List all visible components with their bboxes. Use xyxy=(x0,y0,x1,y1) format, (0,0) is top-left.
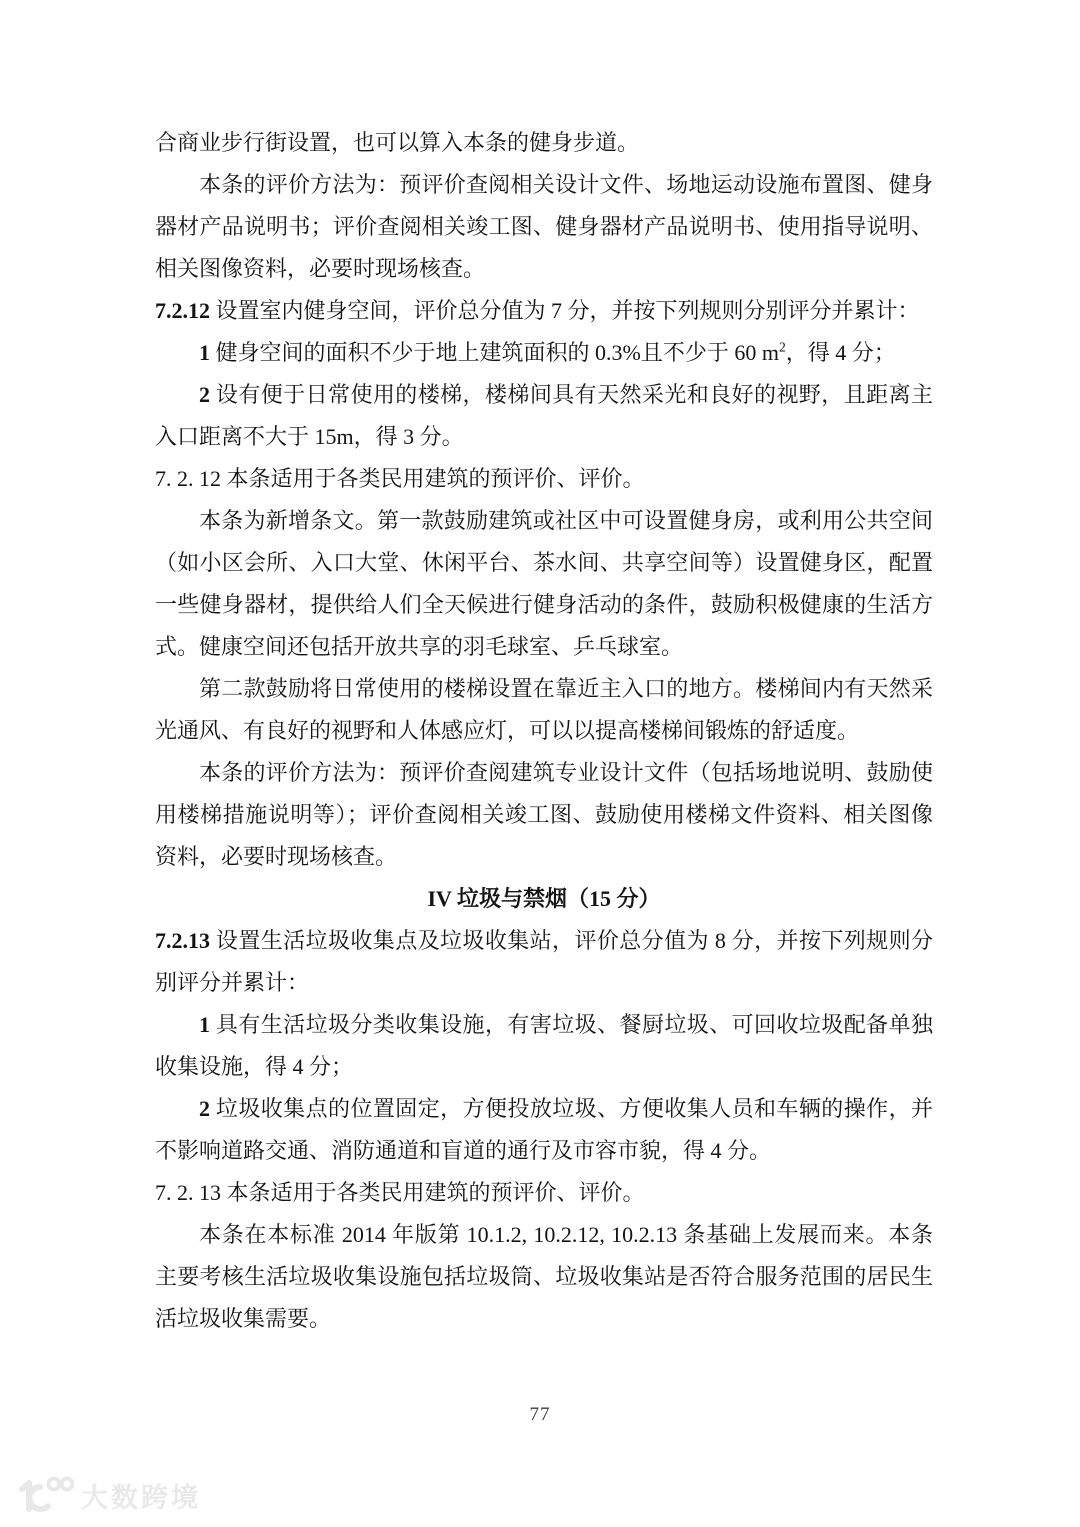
eval-method-paragraph-7211: 本条的评价方法为：预评价查阅相关设计文件、场地运动设施布置图、健身器材产品说明书… xyxy=(155,164,933,290)
clause-7212-item-2: 2 设有便于日常使用的楼梯，楼梯间具有天然采光和良好的视野，且距离主入口距离不大… xyxy=(155,374,933,458)
explanation-7212-paragraph-2: 第二款鼓励将日常使用的楼梯设置在靠近主入口的地方。楼梯间内有天然采光通风、有良好… xyxy=(155,668,933,752)
item-text: 垃圾收集点的位置固定，方便投放垃圾、方便收集人员和车辆的操作，并不影响道路交通、… xyxy=(155,1096,933,1163)
item-number: 1 xyxy=(199,340,210,365)
clause-7213-number: 7.2.13 xyxy=(155,928,210,953)
clause-7212-number: 7.2.12 xyxy=(155,298,210,323)
explanation-7213-number: 7. 2. 13 xyxy=(155,1180,221,1205)
watermark-logo-icon xyxy=(16,1475,74,1515)
item-text: 设有便于日常使用的楼梯，楼梯间具有天然采光和良好的视野，且距离主入口距离不大于 … xyxy=(155,382,933,449)
continuation-paragraph: 合商业步行街设置，也可以算入本条的健身步道。 xyxy=(155,122,933,164)
explanation-7213-scope: 7. 2. 13 本条适用于各类民用建筑的预评价、评价。 xyxy=(155,1172,933,1214)
clause-7212-item-1: 1 健身空间的面积不少于地上建筑面积的 0.3%且不少于 60 m2，得 4 分… xyxy=(155,332,933,374)
clause-7213-item-1: 1 具有生活垃圾分类收集设施，有害垃圾、餐厨垃圾、可回收垃圾配备单独收集设施，得… xyxy=(155,1004,933,1088)
item-text: ，得 4 分； xyxy=(786,340,896,365)
clause-7213-line: 7.2.13 设置生活垃圾收集点及垃圾收集站，评价总分值为 8 分，并按下列规则… xyxy=(155,920,933,1004)
clause-7213-item-2: 2 垃圾收集点的位置固定，方便投放垃圾、方便收集人员和车辆的操作，并不影响道路交… xyxy=(155,1088,933,1172)
section-heading-garbage-smoking: IV 垃圾与禁烟（15 分） xyxy=(155,878,933,920)
clause-7212-line: 7.2.12 设置室内健身空间，评价总分值为 7 分，并按下列规则分别评分并累计… xyxy=(155,290,933,332)
explanation-7212-paragraph-3: 本条的评价方法为：预评价查阅建筑专业设计文件（包括场地说明、鼓励使用楼梯措施说明… xyxy=(155,752,933,878)
item-number: 2 xyxy=(199,1096,210,1121)
item-number: 1 xyxy=(199,1012,210,1037)
explanation-7212-scope: 7. 2. 12 本条适用于各类民用建筑的预评价、评价。 xyxy=(155,458,933,500)
item-text: 具有生活垃圾分类收集设施，有害垃圾、餐厨垃圾、可回收垃圾配备单独收集设施，得 4… xyxy=(155,1012,933,1079)
item-number: 2 xyxy=(199,382,210,407)
explanation-scope-text: 本条适用于各类民用建筑的预评价、评价。 xyxy=(227,1180,645,1205)
document-page: 合商业步行街设置，也可以算入本条的健身步道。 本条的评价方法为：预评价查阅相关设… xyxy=(0,0,1080,1527)
clause-7212-intro: 设置室内健身空间，评价总分值为 7 分，并按下列规则分别评分并累计： xyxy=(216,298,920,323)
explanation-7213-paragraph-1: 本条在本标准 2014 年版第 10.1.2, 10.2.12, 10.2.13… xyxy=(155,1214,933,1340)
explanation-7212-paragraph-1: 本条为新增条文。第一款鼓励建筑或社区中可设置健身房，或利用公共空间（如小区会所、… xyxy=(155,500,933,668)
explanation-7212-number: 7. 2. 12 xyxy=(155,466,221,491)
superscript-2: 2 xyxy=(779,340,786,355)
page-number: 77 xyxy=(0,1404,1080,1426)
watermark: 大数跨境 xyxy=(16,1475,201,1515)
item-text: 健身空间的面积不少于地上建筑面积的 0.3%且不少于 60 m xyxy=(216,340,779,365)
explanation-scope-text: 本条适用于各类民用建筑的预评价、评价。 xyxy=(227,466,645,491)
watermark-text: 大数跨境 xyxy=(81,1476,201,1515)
page-body: 合商业步行街设置，也可以算入本条的健身步道。 本条的评价方法为：预评价查阅相关设… xyxy=(155,122,933,1340)
clause-7213-intro: 设置生活垃圾收集点及垃圾收集站，评价总分值为 8 分，并按下列规则分别评分并累计… xyxy=(155,928,933,995)
